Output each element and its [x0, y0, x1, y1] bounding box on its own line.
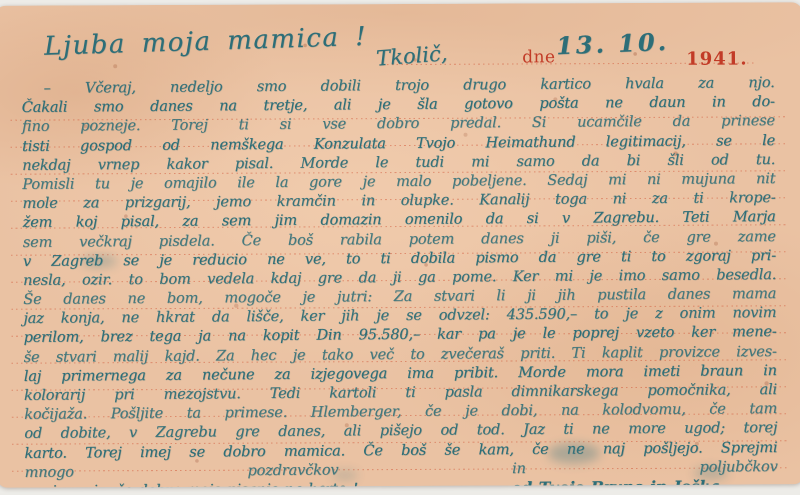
ink-smudge	[694, 467, 728, 480]
ink-smudge	[332, 470, 358, 480]
printed-dne-label: dne	[522, 47, 555, 67]
ink-smudge	[548, 443, 600, 463]
printed-year: 1941.	[686, 48, 747, 69]
handwriting-lines: – Včeraj, nedeljo smo dobili trojo drugo…	[22, 73, 778, 482]
handwritten-date: 13. 10.	[556, 27, 670, 60]
handwriting-body: – Včeraj, nedeljo smo dobili trojo drugo…	[22, 73, 778, 488]
signature: od Tvoje Brune in Joška	[511, 476, 720, 487]
postcard-paper: dne 1941. Ljuba moja mamica ! Tkolič, 13…	[0, 2, 800, 488]
greeting-text: Ljuba moja mamica !	[44, 22, 368, 62]
place-name: Tkolič,	[375, 41, 448, 70]
